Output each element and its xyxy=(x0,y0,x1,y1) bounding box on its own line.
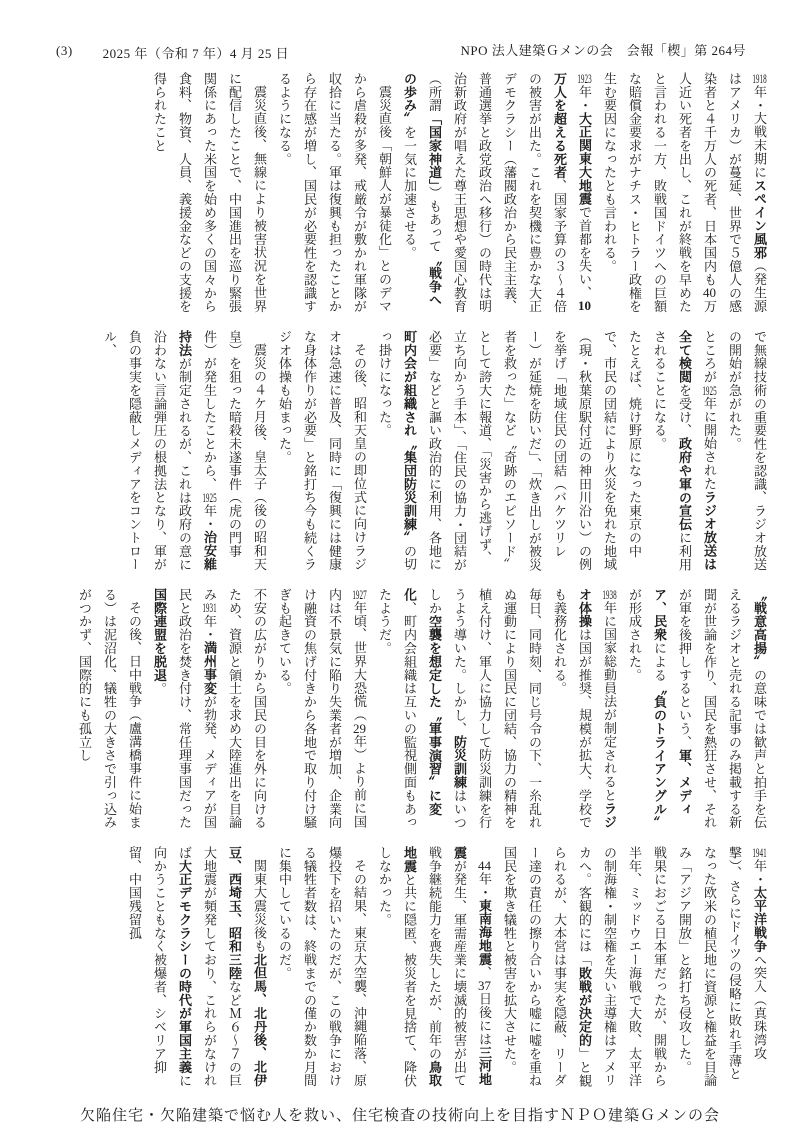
paragraph: 1927年頃、世界大恐慌（29年）より前に国内は不景気に陥り失業者が増加、企業向… xyxy=(272,588,372,832)
bold-text: 〝負のトライアングル〟 xyxy=(652,682,667,829)
paragraph: 震災の４ケ月後、皇太子（後の昭和天皇）を狙った暗殺未遂事件（虎の門事件）が発生し… xyxy=(97,330,272,574)
text-segment: と共に隠匿、被災者を見捨て、降伏しなかった。 xyxy=(377,846,417,1087)
bold-text: 太平洋戦争 xyxy=(752,886,767,953)
text-segment: 1927 xyxy=(352,588,367,601)
text-segment: 万人近い死者を出し、これが終戦を早めたと言われる一方、敗戦国ドイツへの巨額な賠償… xyxy=(602,72,717,313)
text-segment: 年に開始された xyxy=(702,397,717,491)
paragraph: 1923年・大正関東大地震で首都を失い、10万人を超える死者、国家予算の３～４倍… xyxy=(397,72,597,316)
text-segment: その後、昭和天皇の即位式に向けラジオは急速に普及、同時に「復興には健康な身体作り… xyxy=(277,330,367,571)
bold-text: 防災訓練 xyxy=(452,735,467,789)
paragraph: 1918年・大戦末期にスペイン風邪（発生源はアメリカ）が蔓延、世界で５億人の感染… xyxy=(597,72,772,316)
paragraph: その結果、東京大空襲、沖縄陥落、原爆投下を招いたのだが、この戦争における犠牲者数… xyxy=(272,846,372,1090)
paragraph: その後、日中戦争（盧溝橋事件に始まる）は泥沼化、犠牲の大きさで引っ込みがつかず、… xyxy=(72,588,147,832)
text-segment: 1925 xyxy=(702,384,717,397)
bold-text: 政府や軍の宣伝 xyxy=(677,437,692,531)
bold-text: スペイン風邪 xyxy=(752,179,767,259)
text-segment: 29 xyxy=(352,722,367,735)
paragraph: 不安の広がりから国民の目を外に向けるため、資源と領土を求め大陸進出を目論み193… xyxy=(147,588,272,832)
text-segment: が形成された。 xyxy=(627,588,642,682)
text-segment: 1938 xyxy=(602,588,617,601)
text-segment: 年頃、世界大恐慌（ xyxy=(352,601,367,722)
text-segment: その結果、東京大空襲、沖縄陥落、原爆投下を招いたのだが、この戦争における犠牲者数… xyxy=(277,846,367,1087)
article: 1918年・大戦末期にスペイン風邪（発生源はアメリカ）が蔓延、世界で５億人の感染… xyxy=(28,72,772,1090)
text-segment: 、町内会組織は互いの監視側面もあったようだ。 xyxy=(377,588,417,829)
text-segment: 1923 xyxy=(577,72,592,85)
newsletter-page: (3) 2025 年（令和 7 年）4 月 25 日 NPO 法人建築Ｇメンの会… xyxy=(0,0,800,1132)
bold-text: 大正関東大地震 xyxy=(577,112,592,206)
text-segment: 年に国家総動員法が制定されると xyxy=(602,601,617,802)
paragraph: 関東大震災後も北但馬、北丹後、北伊豆、西埼玉、昭和三陸などＭ６～７の巨大地震が頻… xyxy=(122,846,272,1090)
text-segment: で首都を失い、 xyxy=(577,206,592,300)
footer-slogan: 欠陥住宅・欠陥建築で悩む人を救い、住宅検査の技術向上を目指すＮＰＯ建築Ｇメンの会 xyxy=(80,1108,720,1124)
paragraph: 震災直後「朝鮮人が暴徒化」とのデマから虐殺が多発、戒厳令が敷かれ軍隊が収拾に当た… xyxy=(272,72,397,316)
bold-text: 万人を超える死者 xyxy=(552,72,567,179)
text-segment: 年・大戦末期に xyxy=(752,85,767,179)
text-segment: 1925 xyxy=(202,491,217,504)
paragraph: 震災直後、無線により被害状況を世界に配信したことで、中国進出を巡り緊張関係にあっ… xyxy=(147,72,272,316)
paragraph: 戦果におごる日本軍だったが、開戦から半年、ミッドウエー海戦で大敗、太平洋の制海権… xyxy=(497,846,672,1090)
text-segment: 日後には xyxy=(477,992,492,1046)
text-band-4: 1941年・太平洋戦争へ突入（真珠湾攻撃）、さらにドイツの侵略に敗れ手薄となった… xyxy=(28,846,772,1090)
text-segment: 1931 xyxy=(202,601,217,614)
text-segment: 1941 xyxy=(752,846,767,859)
text-segment: が発生、軍需産業に壊滅的被害が出て戦争継続能力を喪失したが、前年の xyxy=(427,846,467,1087)
text-segment: 年・ xyxy=(577,85,592,112)
text-segment: 年・ xyxy=(202,504,217,531)
header-left: (3) 2025 年（令和 7 年）4 月 25 日 xyxy=(56,43,289,62)
bold-text: 「国家神道」 xyxy=(427,112,442,186)
bold-text: 国際連盟を脱退 xyxy=(152,588,167,682)
text-segment: ところが xyxy=(702,330,717,384)
text-segment: 。 xyxy=(152,682,167,695)
issue-date: 2025 年（令和 7 年）4 月 25 日 xyxy=(103,43,290,62)
bold-text: 〝戦意高揚〟 xyxy=(752,588,767,668)
text-segment: 、 xyxy=(477,966,492,979)
text-segment: で無線技術の重要性を認識、ラジオ放送の開始が急がれた。 xyxy=(727,330,767,571)
bold-text: 10 xyxy=(577,299,592,312)
paragraph: 〝戦意高揚〟の意味では歓声と拍手を伝えるラジオと売れる記事のみ掲載する新聞が世論… xyxy=(622,588,772,832)
text-segment: 震災直後、無線により被害状況を世界に配信したことで、中国進出を巡り緊張関係にあっ… xyxy=(152,72,267,313)
text-band-1: 1918年・大戦末期にスペイン風邪（発生源はアメリカ）が蔓延、世界で５億人の感染… xyxy=(28,72,772,316)
text-segment: 年・ xyxy=(477,872,492,899)
paragraph: 1938年に国家総動員法が制定されるとラジオ体操は国が推奨、規模が拡大、学校でも… xyxy=(547,588,622,832)
text-band-2: で無線技術の重要性を認識、ラジオ放送の開始が急がれた。ところが1925年に開始さ… xyxy=(28,330,772,574)
text-segment: ）もあって xyxy=(427,186,442,253)
bold-text: 満州事変 xyxy=(202,641,217,695)
paragraph: 1941年・太平洋戦争へ突入（真珠湾攻撃）、さらにドイツの侵略に敗れ手薄となった… xyxy=(672,846,772,1090)
text-segment: 年・ xyxy=(202,614,217,641)
text-segment: 関東大震災後も xyxy=(252,859,267,953)
text-segment: を一気に加速させる。 xyxy=(402,126,417,260)
page-footer: 欠陥住宅・欠陥建築で悩む人を救い、住宅検査の技術向上を目指すＮＰＯ建築Ｇメンの会 xyxy=(0,1104,800,1125)
paragraph: たとえば、焼け野原になった東京の中で、市民の団結により火災を免れた地域（現・秋葉… xyxy=(372,330,647,574)
page-number: (3) xyxy=(56,43,73,62)
text-segment: その後、日中戦争（盧溝橋事件に始まる）は泥沼化、犠牲の大きさで引っ込みがつかず、… xyxy=(77,588,142,829)
issue-title: NPO 法人建築Ｇメンの会 会報「楔」第 264号 xyxy=(460,40,746,59)
text-segment: 1918 xyxy=(752,72,767,85)
text-segment: 震災直後「朝鮮人が暴徒化」とのデマから虐殺が多発、戒厳令が敷かれ軍隊が収拾に当た… xyxy=(277,72,392,313)
text-segment: 年・ xyxy=(752,859,767,886)
paragraph: その後、昭和天皇の即位式に向けラジオは急速に普及、同時に「復興には健康な身体作り… xyxy=(272,330,372,574)
text-segment: による xyxy=(652,642,667,682)
text-segment: が制定されるが、これは政府の意に沿わない言論弾圧の根拠法となり、軍が負の事実を隠… xyxy=(102,330,192,571)
paragraph: で無線技術の重要性を認識、ラジオ放送の開始が急がれた。 xyxy=(722,330,772,574)
bold-text: 町内会が組織され〝集団防災訓練〟 xyxy=(402,330,417,544)
text-segment: を受け、 xyxy=(677,384,692,438)
bold-text: 東南海地震 xyxy=(477,899,492,966)
bold-text: 敗戦が決定的 xyxy=(577,967,592,1047)
page-header: (3) 2025 年（令和 7 年）4 月 25 日 NPO 法人建築Ｇメンの会… xyxy=(0,0,800,62)
bold-text: 大正デモクラシーの時代が軍国主義 xyxy=(177,859,192,1073)
paragraph: 毎日、同時刻、同じ号令の下、一糸乱れぬ運動により国民に団結、協力の精神を植え付け… xyxy=(372,588,547,832)
text-segment: たとえば、焼け野原になった東京の中で、市民の団結により火災を免れた地域（現・秋葉… xyxy=(427,330,642,572)
paragraph: ところが1925年に開始されたラジオ放送は全て検閲を受け、政府や軍の宣伝に利用さ… xyxy=(647,330,722,574)
text-segment: 44 xyxy=(477,859,492,872)
text-segment: 40 xyxy=(702,286,717,299)
text-segment: 、国家予算の３～４倍の被害が出た。これを契機に豊かな大正デモクラシー（藩閥政治か… xyxy=(427,72,567,313)
text-band-3: 〝戦意高揚〟の意味では歓声と拍手を伝えるラジオと売れる記事のみ掲載する新聞が世論… xyxy=(28,588,772,832)
text-segment: 37 xyxy=(477,979,492,992)
paragraph: 44年・東南海地震、37日後には三河地震が発生、軍需産業に壊滅的被害が出て戦争継… xyxy=(372,846,497,1090)
